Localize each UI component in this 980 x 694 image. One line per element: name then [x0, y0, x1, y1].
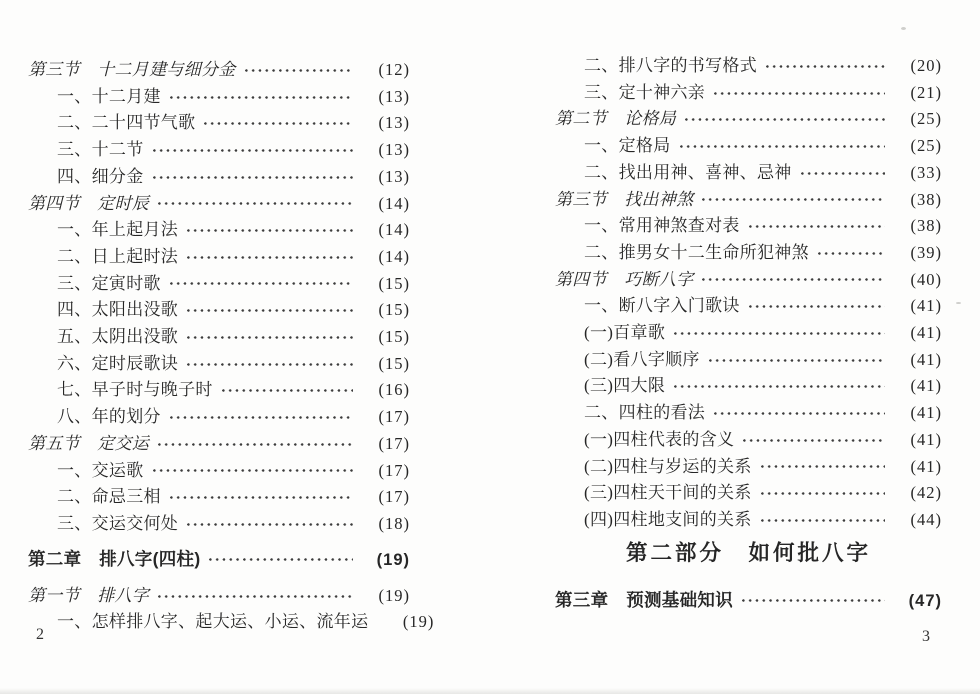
dot-leader [818, 252, 885, 255]
toc-entry-title: 第四节 定时辰 [28, 191, 149, 218]
toc-entry-page: (21) [892, 80, 942, 107]
toc-entry: 六、定时辰歌诀(15) [28, 351, 410, 378]
toc-entry-title: 五、太阴出没歌 [57, 324, 178, 351]
dot-leader [158, 202, 353, 205]
dot-leader [680, 145, 886, 148]
toc-entry: (二)四柱与岁运的关系(41) [555, 454, 942, 481]
toc-entry: 一、断八字入门歌诀(41) [555, 293, 942, 320]
toc-entry-title: 八、年的划分 [57, 404, 161, 431]
toc-entry-page: (14) [360, 244, 410, 271]
dot-leader [187, 309, 353, 312]
toc-entry: 第三节 找出神煞(38) [555, 187, 942, 214]
toc-entry-title: 二、排八字的书写格式 [584, 53, 757, 80]
toc-entry-page: (15) [360, 271, 410, 298]
toc-entry: (二)看八字顺序(41) [555, 347, 942, 374]
toc-entry-title: 第二章 排八字(四柱) [28, 545, 200, 573]
dot-leader [187, 256, 353, 259]
toc-entry-page: (41) [892, 400, 942, 427]
toc-entry-title: 三、十二节 [57, 137, 144, 164]
toc-entry-title: 第三节 找出神煞 [555, 187, 693, 214]
toc-entry: 一、交运歌(17) [28, 458, 410, 485]
toc-entry: 七、早子时与晚子时(16) [28, 377, 410, 404]
toc-entry: 第一节 排八字(19) [28, 583, 410, 610]
toc-entry-title: 二、日上起时法 [57, 244, 178, 271]
toc-entry-page: (41) [892, 427, 942, 454]
dot-leader [801, 172, 885, 175]
dot-leader [209, 558, 353, 561]
toc-entry-page: (19) [384, 609, 434, 636]
toc-entry: 第四节 巧断八字(40) [555, 267, 942, 294]
page-number-right: 3 [922, 628, 930, 646]
toc-entry-page: (15) [360, 351, 410, 378]
toc-entry-title: 一、年上起月法 [57, 217, 178, 244]
toc-entry-title: 四、太阳出没歌 [57, 297, 178, 324]
toc-entry-page: (41) [892, 373, 942, 400]
toc-entry: 二、找出用神、喜神、忌神(33) [555, 160, 942, 187]
toc-entry-page: (25) [892, 133, 942, 160]
dot-leader [674, 332, 885, 335]
toc-entry-title: 第二部分 如何批八字 [626, 541, 871, 565]
dot-leader [714, 92, 885, 95]
toc-left-page: 第三节 十二月建与细分金(12)一、十二月建(13)二、二十四节气歌(13)三、… [28, 0, 410, 636]
toc-entry-page: (38) [892, 213, 942, 240]
toc-entry-page: (13) [360, 164, 410, 191]
toc-entry-page: (17) [360, 458, 410, 485]
toc-entry-page: (15) [360, 324, 410, 351]
toc-entry: 第二章 排八字(四柱)(19) [28, 545, 410, 574]
toc-entry-title: 一、常用神煞查对表 [584, 213, 740, 240]
dot-leader [749, 305, 885, 308]
toc-entry-title: 一、断八字入门歌诀 [584, 293, 740, 320]
toc-entry: 三、定十神六亲(21) [555, 80, 942, 107]
toc-list-left: 第三节 十二月建与细分金(12)一、十二月建(13)二、二十四节气歌(13)三、… [28, 57, 410, 636]
toc-entry: 三、交运交何处(18) [28, 511, 410, 538]
toc-entry-page: (18) [360, 511, 410, 538]
toc-entry-page: (13) [360, 110, 410, 137]
toc-entry-title: 二、二十四节气歌 [57, 110, 195, 137]
dot-leader [153, 149, 354, 152]
toc-entry-page: (19) [360, 546, 410, 574]
toc-entry-title: 第四节 巧断八字 [555, 267, 693, 294]
toc-entry-title: 第一节 排八字 [28, 583, 149, 610]
toc-entry-page: (16) [360, 377, 410, 404]
toc-entry-page: (33) [892, 160, 942, 187]
toc-entry: 一、怎样排八字、起大运、小运、流年运(19) [28, 609, 410, 636]
toc-entry: 一、年上起月法(14) [28, 217, 410, 244]
toc-entry: 二、命忌三相(17) [28, 484, 410, 511]
dot-leader [187, 523, 353, 526]
toc-entry-page: (15) [360, 297, 410, 324]
toc-entry-title: 二、推男女十二生命所犯神煞 [584, 240, 809, 267]
dot-leader [153, 176, 354, 179]
toc-entry: 二、推男女十二生命所犯神煞(39) [555, 240, 942, 267]
dot-leader [245, 69, 353, 72]
toc-entry-title: 第三节 十二月建与细分金 [28, 57, 236, 84]
toc-entry-title: 六、定时辰歌诀 [57, 351, 178, 378]
toc-entry-title: (一)百章歌 [584, 320, 665, 347]
dot-leader [702, 198, 885, 201]
toc-entry-page: (14) [360, 191, 410, 218]
dot-leader [742, 599, 885, 602]
toc-entry-page: (41) [892, 347, 942, 374]
toc-entry: 第三章 预测基础知识(47) [555, 586, 942, 615]
scan-speck [901, 27, 906, 30]
dot-leader [187, 229, 353, 232]
toc-entry-title: 一、怎样排八字、起大运、小运、流年运 [57, 609, 368, 636]
toc-entry-title: (二)四柱与岁运的关系 [584, 454, 752, 481]
toc-entry: 二、排八字的书写格式(20) [555, 53, 942, 80]
toc-entry-page: (17) [360, 431, 410, 458]
toc-entry: 三、定寅时歌(15) [28, 271, 410, 298]
scan-edge-shadow [0, 688, 980, 694]
dot-leader [709, 359, 885, 362]
toc-entry-title: 二、找出用神、喜神、忌神 [584, 160, 792, 187]
toc-entry: 一、定格局(25) [555, 133, 942, 160]
toc-entry-page: (39) [892, 240, 942, 267]
scan-speck [956, 302, 961, 304]
dot-leader [170, 282, 353, 285]
toc-entry-page: (12) [360, 57, 410, 84]
toc-entry: (三)四柱天干间的关系(42) [555, 480, 942, 507]
toc-entry: (四)四柱地支间的关系(44) [555, 507, 942, 534]
toc-entry-page: (17) [360, 404, 410, 431]
toc-entry-page: (20) [892, 53, 942, 80]
toc-entry: 二、四柱的看法(41) [555, 400, 942, 427]
toc-entry: (三)四大限(41) [555, 373, 942, 400]
dot-leader [766, 65, 885, 68]
dot-leader [743, 439, 885, 442]
toc-entry: 第三节 十二月建与细分金(12) [28, 57, 410, 84]
toc-entry: 八、年的划分(17) [28, 404, 410, 431]
toc-entry: 第二节 论格局(25) [555, 106, 942, 133]
toc-entry-page: (38) [892, 187, 942, 214]
dot-leader [749, 225, 885, 228]
toc-entry-title: (二)看八字顺序 [584, 347, 700, 374]
dot-leader [187, 363, 353, 366]
toc-entry-page: (40) [892, 267, 942, 294]
toc-entry-page: (13) [360, 137, 410, 164]
book-toc-spread: 第三节 十二月建与细分金(12)一、十二月建(13)二、二十四节气歌(13)三、… [0, 0, 980, 694]
dot-leader [714, 412, 885, 415]
dot-leader [222, 389, 353, 392]
toc-entry-title: 第二节 论格局 [555, 106, 676, 133]
toc-entry-page: (41) [892, 320, 942, 347]
toc-list-right: 二、排八字的书写格式(20)三、定十神六亲(21)第二节 论格局(25)一、定格… [555, 53, 942, 615]
toc-entry-page: (17) [360, 484, 410, 511]
toc-entry-title: 三、交运交何处 [57, 511, 178, 538]
toc-entry: 第四节 定时辰(14) [28, 191, 410, 218]
toc-entry-title: 二、命忌三相 [57, 484, 161, 511]
dot-leader [702, 278, 885, 281]
toc-entry-page: (41) [892, 454, 942, 481]
dot-leader [204, 122, 353, 125]
dot-leader [158, 595, 353, 598]
toc-entry-page: (14) [360, 217, 410, 244]
toc-entry-title: (三)四柱天干间的关系 [584, 480, 752, 507]
toc-entry-title: (三)四大限 [584, 373, 665, 400]
toc-entry-title: 三、定十神六亲 [584, 80, 705, 107]
toc-entry: 二、日上起时法(14) [28, 244, 410, 271]
toc-entry-title: 一、定格局 [584, 133, 671, 160]
page-number-left: 2 [36, 626, 44, 644]
toc-entry: 四、细分金(13) [28, 164, 410, 191]
dot-leader [761, 492, 885, 495]
toc-entry-page: (13) [360, 84, 410, 111]
toc-entry: (一)四柱代表的含义(41) [555, 427, 942, 454]
toc-entry-title: 三、定寅时歌 [57, 271, 161, 298]
toc-entry: 五、太阴出没歌(15) [28, 324, 410, 351]
dot-leader [153, 469, 354, 472]
toc-entry-title: (四)四柱地支间的关系 [584, 507, 752, 534]
dot-leader [674, 385, 885, 388]
toc-entry-page: (25) [892, 106, 942, 133]
toc-entry-title: 一、十二月建 [57, 84, 161, 111]
toc-entry-page: (44) [892, 507, 942, 534]
toc-entry-page: (42) [892, 480, 942, 507]
dot-leader [761, 465, 885, 468]
dot-leader [170, 496, 353, 499]
toc-entry-title: 一、交运歌 [57, 458, 144, 485]
dot-leader [170, 96, 353, 99]
dot-leader [685, 118, 885, 121]
toc-entry: 三、十二节(13) [28, 137, 410, 164]
toc-entry: 一、常用神煞查对表(38) [555, 213, 942, 240]
toc-entry: 二、二十四节气歌(13) [28, 110, 410, 137]
dot-leader [761, 519, 885, 522]
toc-entry-title: 二、四柱的看法 [584, 400, 705, 427]
dot-leader [170, 416, 353, 419]
toc-entry-page: (19) [360, 583, 410, 610]
toc-entry: 四、太阳出没歌(15) [28, 297, 410, 324]
toc-entry-title: 七、早子时与晚子时 [57, 377, 213, 404]
dot-leader [187, 336, 353, 339]
toc-entry: 一、十二月建(13) [28, 84, 410, 111]
toc-entry: 第五节 定交运(17) [28, 431, 410, 458]
toc-entry: (一)百章歌(41) [555, 320, 942, 347]
toc-entry-title: (一)四柱代表的含义 [584, 427, 734, 454]
toc-entry-title: 四、细分金 [57, 164, 144, 191]
toc-entry: 第二部分 如何批八字 [555, 538, 942, 568]
toc-entry-title: 第五节 定交运 [28, 431, 149, 458]
toc-entry-page: (41) [892, 293, 942, 320]
toc-entry-title: 第三章 预测基础知识 [555, 586, 733, 614]
toc-entry-page: (47) [892, 587, 942, 615]
toc-right-page: 二、排八字的书写格式(20)三、定十神六亲(21)第二节 论格局(25)一、定格… [555, 0, 942, 624]
dot-leader [158, 443, 353, 446]
